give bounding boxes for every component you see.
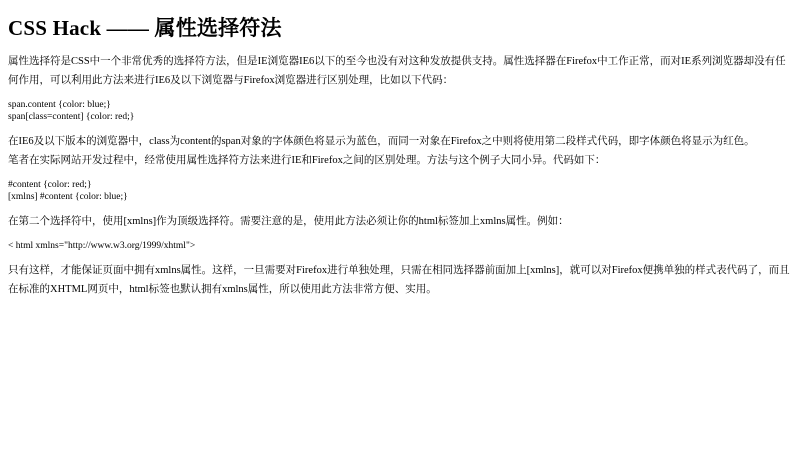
article-title: CSS Hack —— 属性选择符法 bbox=[8, 14, 792, 42]
code-line: span[class=content] {color: red;} bbox=[8, 111, 792, 123]
paragraph-xmlns-note: 在第二个选择符中，使用[xmlns]作为顶级选择符。需要注意的是，使用此方法必须… bbox=[8, 212, 792, 231]
paragraph-line: 属性选择符是CSS中一个非常优秀的选择符方法，但是IE浏览器IE6以下的至今也没… bbox=[8, 52, 792, 90]
code-block-span-selector: span.content {color: blue;}span[class=co… bbox=[8, 99, 792, 123]
code-line: span.content {color: blue;} bbox=[8, 99, 792, 111]
code-line: < html xmlns="http://www.w3.org/1999/xht… bbox=[8, 240, 792, 252]
paragraph-line: 在IE6及以下版本的浏览器中，class为content的span对象的字体颜色… bbox=[8, 132, 792, 151]
paragraph-intro: 属性选择符是CSS中一个非常优秀的选择符方法，但是IE浏览器IE6以下的至今也没… bbox=[8, 52, 792, 90]
code-block-html-tag: < html xmlns="http://www.w3.org/1999/xht… bbox=[8, 240, 792, 252]
code-line: #content {color: red;} bbox=[8, 179, 792, 191]
article-page: CSS Hack —— 属性选择符法 属性选择符是CSS中一个非常优秀的选择符方… bbox=[0, 14, 800, 299]
paragraph-explanation: 在IE6及以下版本的浏览器中，class为content的span对象的字体颜色… bbox=[8, 132, 792, 170]
paragraph-line: 在第二个选择符中，使用[xmlns]作为顶级选择符。需要注意的是，使用此方法必须… bbox=[8, 212, 792, 231]
code-line: [xmlns] #content {color: blue;} bbox=[8, 191, 792, 203]
paragraph-line: 笔者在实际网站开发过程中，经常使用属性选择符方法来进行IE和Firefox之间的… bbox=[8, 151, 792, 170]
paragraph-conclusion: 只有这样，才能保证页面中拥有xmlns属性。这样，一旦需要对Firefox进行单… bbox=[8, 261, 792, 299]
code-block-xmlns-selector: #content {color: red;}[xmlns] #content {… bbox=[8, 179, 792, 203]
paragraph-line: 只有这样，才能保证页面中拥有xmlns属性。这样，一旦需要对Firefox进行单… bbox=[8, 261, 792, 299]
